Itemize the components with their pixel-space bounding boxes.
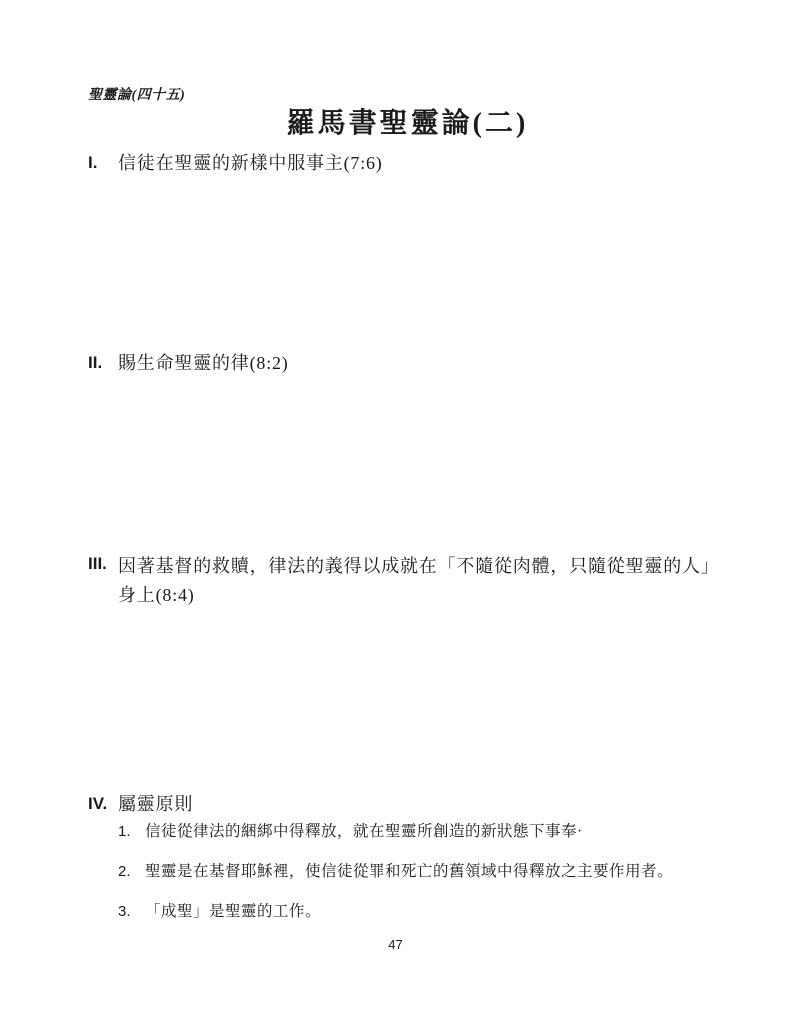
- section-iv-text: 屬靈原則: [118, 792, 193, 816]
- section-iii-text: 因著基督的救贖，律法的義得以成就在「不隨從肉體，只隨從聖靈的人」身上(8:4): [118, 552, 723, 610]
- principle-item-3-marker: 3.: [118, 901, 145, 922]
- section-iii-marker: III.: [88, 552, 118, 576]
- principle-item-1-marker: 1.: [118, 821, 145, 842]
- principle-item-1-text: 信徒從律法的綑綁中得釋放，就在聖靈所創造的新狀態下事奉·: [145, 821, 583, 842]
- principle-item-3-text: 「成聖」是聖靈的工作。: [145, 901, 321, 922]
- principle-item-2-marker: 2.: [118, 861, 145, 882]
- section-i-marker: I.: [88, 151, 118, 175]
- section-ii-marker: II.: [88, 351, 118, 375]
- page-title: 羅馬書聖靈論(二): [12, 101, 791, 141]
- section-ii-text: 賜生命聖靈的律(8:2): [118, 351, 289, 375]
- principle-item-1: 1. 信徒從律法的綑綁中得釋放，就在聖靈所創造的新狀態下事奉·: [118, 821, 583, 842]
- section-i-text: 信徒在聖靈的新樣中服事主(7:6): [118, 151, 383, 175]
- section-iv-marker: IV.: [88, 792, 118, 816]
- section-iv: IV. 屬靈原則: [88, 792, 193, 816]
- principle-item-2-text: 聖靈是在基督耶穌裡，使信徒從罪和死亡的舊領域中得釋放之主要作用者。: [145, 861, 673, 882]
- principle-item-3: 3. 「成聖」是聖靈的工作。: [118, 901, 321, 922]
- page-number: 47: [0, 937, 791, 952]
- section-iii: III. 因著基督的救贖，律法的義得以成就在「不隨從肉體，只隨從聖靈的人」身上(…: [88, 552, 723, 610]
- principle-item-2: 2. 聖靈是在基督耶穌裡，使信徒從罪和死亡的舊領域中得釋放之主要作用者。: [118, 861, 673, 882]
- document-page: 聖靈論(四十五) 羅馬書聖靈論(二) I. 信徒在聖靈的新樣中服事主(7:6) …: [0, 0, 791, 1024]
- section-i: I. 信徒在聖靈的新樣中服事主(7:6): [88, 151, 383, 175]
- section-ii: II. 賜生命聖靈的律(8:2): [88, 351, 289, 375]
